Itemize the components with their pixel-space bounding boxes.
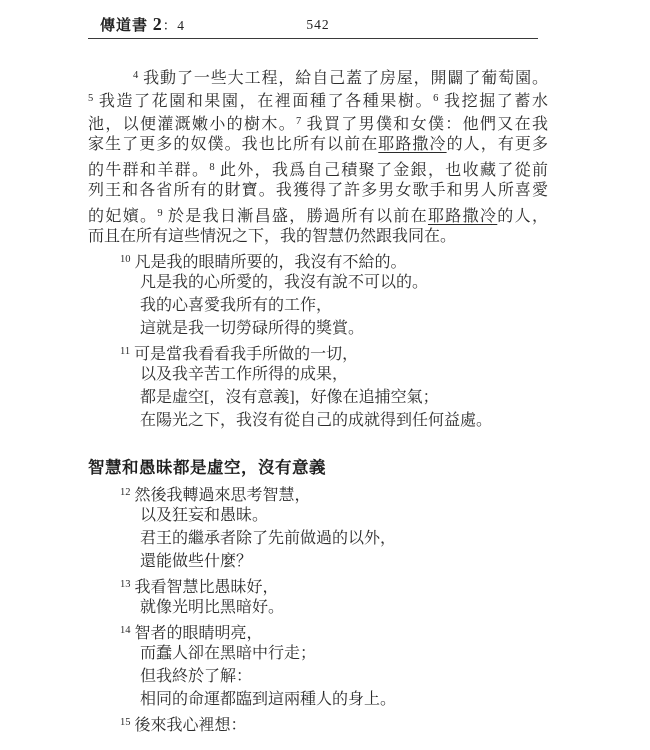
header-rule	[88, 38, 538, 39]
section-heading: 智慧和愚昧都是虛空，沒有意義	[88, 455, 548, 481]
text-segment: 但我終於了解：	[140, 668, 252, 685]
text-segment: 我挖掘了蓄水	[442, 93, 548, 110]
text-segment: 相同的命運都臨到這兩種人的身上。	[140, 691, 396, 708]
text-line: 而蠢人卻在黑暗中行走；	[140, 642, 548, 665]
verse-number: 9	[157, 208, 162, 219]
verse-number: 13	[120, 579, 131, 590]
text-line: 5我造了花園和果園，在裡面種了各種果樹。6我挖掘了蓄水	[88, 87, 548, 110]
text-segment: 的人，	[497, 208, 548, 225]
text-segment: 我的心喜愛我所有的工作，	[140, 297, 332, 314]
text-line: 而且在所有這些情況之下，我的智慧仍然跟我同在。	[88, 225, 548, 248]
text-segment: 然後我轉過來思考智慧，	[135, 487, 311, 504]
text-segment: 智者的眼睛明亮，	[135, 625, 263, 642]
verse-number: 7	[296, 116, 301, 127]
text-segment: 凡是我的心所愛的，我沒有說不可以的。	[140, 274, 428, 291]
text-line: 都是虛空[，沒有意義]，好像在追捕空氣；	[140, 386, 548, 409]
page-body: 4我動了一些大工程，給自己蓋了房屋，開闢了葡萄園。5我造了花園和果園，在裡面種了…	[88, 64, 548, 734]
text-line: 相同的命運都臨到這兩種人的身上。	[140, 688, 548, 711]
poetry-block: 12然後我轉過來思考智慧，以及狂妄和愚昧。君王的繼承者除了先前做過的以外，還能做…	[88, 481, 548, 734]
bible-page: 傳道書 2：4 542 4我動了一些大工程，給自己蓋了房屋，開闢了葡萄園。5我造…	[0, 0, 650, 750]
text-line: 君王的繼承者除了先前做過的以外，	[140, 527, 548, 550]
verse-number: 10	[120, 254, 131, 265]
text-segment: 的人，有更多	[447, 136, 548, 153]
text-line: 的妃嬪。9於是我日漸昌盛，勝過所有以前在耶路撒冷的人，	[88, 202, 548, 225]
text-segment: 的牛群和羊群。	[88, 162, 209, 179]
text-line: 的牛群和羊群。8此外，我爲自己積聚了金銀，也收藏了從前	[88, 156, 548, 179]
text-line: 就像光明比黑暗好。	[140, 596, 548, 619]
text-line: 13我看智慧比愚昧好，	[140, 573, 548, 596]
text-segment: 家生了更多的奴僕。我也比所有以前在	[88, 136, 378, 153]
text-segment: 於是我日漸昌盛，勝過所有以前在	[167, 208, 428, 225]
text-line: 我的心喜愛我所有的工作，	[140, 294, 548, 317]
text-line: 家生了更多的奴僕。我也比所有以前在耶路撒冷的人，有更多	[88, 133, 548, 156]
text-line: 10凡是我的眼睛所要的，我沒有不給的。	[140, 248, 548, 271]
text-segment: 此外，我爲自己積聚了金銀，也收藏了從前	[219, 162, 548, 179]
page-number: 542	[88, 17, 548, 33]
text-line: 在陽光之下，我沒有從自己的成就得到任何益處。	[140, 409, 548, 432]
text-segment: 我買了男僕和女僕：他們又在我	[305, 116, 548, 133]
text-segment: 君王的繼承者除了先前做過的以外，	[140, 530, 396, 547]
text-line: 以及我辛苦工作所得的成果，	[140, 363, 548, 386]
text-line: 12然後我轉過來思考智慧，	[140, 481, 548, 504]
text-line: 但我終於了解：	[140, 665, 548, 688]
text-line: 15後來我心裡想：	[140, 711, 548, 734]
text-segment: 的妃嬪。	[88, 208, 157, 225]
text-segment: 這就是我一切勞碌所得的獎賞。	[140, 320, 364, 337]
text-line: 列王和各省所有的財寶。我獲得了許多男女歌手和男人所喜愛	[88, 179, 548, 202]
text-segment: 我動了一些大工程，給自己蓋了房屋，開闢了葡萄園。	[142, 70, 548, 87]
poetry-block: 10凡是我的眼睛所要的，我沒有不給的。凡是我的心所愛的，我沒有說不可以的。我的心…	[88, 248, 548, 432]
verse-number: 6	[433, 93, 438, 104]
text-segment: 可是當我看看我手所做的一切，	[134, 346, 358, 363]
text-segment: 後來我心裡想：	[135, 717, 247, 734]
text-line: 以及狂妄和愚昧。	[140, 504, 548, 527]
verse-number: 11	[120, 346, 130, 357]
text-segment: 我造了花園和果園，在裡面種了各種果樹。	[97, 93, 433, 110]
text-line: 11可是當我看看我手所做的一切，	[140, 340, 548, 363]
text-line: 池，以便灌溉嫩小的樹木。7我買了男僕和女僕：他們又在我	[88, 110, 548, 133]
text-segment: 而蠢人卻在黑暗中行走；	[140, 645, 316, 662]
verse-number: 14	[120, 625, 131, 636]
verse-number: 4	[133, 70, 138, 81]
verse-number: 8	[209, 162, 214, 173]
text-line: 4我動了一些大工程，給自己蓋了房屋，開闢了葡萄園。	[88, 64, 548, 87]
text-segment: 列王和各省所有的財寶。我獲得了許多男女歌手和男人所喜愛	[88, 182, 548, 199]
text-segment: 以及狂妄和愚昧。	[140, 507, 268, 524]
text-line: 14智者的眼睛明亮，	[140, 619, 548, 642]
text-line: 這就是我一切勞碌所得的獎賞。	[140, 317, 548, 340]
text-segment: 在陽光之下，我沒有從自己的成就得到任何益處。	[140, 412, 492, 429]
text-segment: 凡是我的眼睛所要的，我沒有不給的。	[135, 254, 407, 271]
text-segment: 都是虛空[，沒有意義]，好像在追捕空氣；	[140, 389, 439, 406]
text-line: 凡是我的心所愛的，我沒有說不可以的。	[140, 271, 548, 294]
place-name-underlined: 耶路撒冷	[378, 136, 446, 153]
place-name-underlined: 耶路撒冷	[428, 208, 497, 225]
running-header: 傳道書 2：4 542	[88, 14, 548, 36]
text-segment: 我看智慧比愚昧好，	[135, 579, 279, 596]
text-segment: 就像光明比黑暗好。	[140, 599, 284, 616]
text-segment: 以及我辛苦工作所得的成果，	[140, 366, 348, 383]
text-segment: 池，以便灌溉嫩小的樹木。	[88, 116, 296, 133]
text-segment: 還能做些什麼？	[140, 553, 252, 570]
text-line: 還能做些什麼？	[140, 550, 548, 573]
prose-block: 4我動了一些大工程，給自己蓋了房屋，開闢了葡萄園。5我造了花園和果園，在裡面種了…	[88, 64, 548, 248]
verse-number: 5	[88, 93, 93, 104]
verse-number: 12	[120, 487, 131, 498]
verse-number: 15	[120, 717, 131, 728]
text-segment: 而且在所有這些情況之下，我的智慧仍然跟我同在。	[88, 228, 456, 245]
